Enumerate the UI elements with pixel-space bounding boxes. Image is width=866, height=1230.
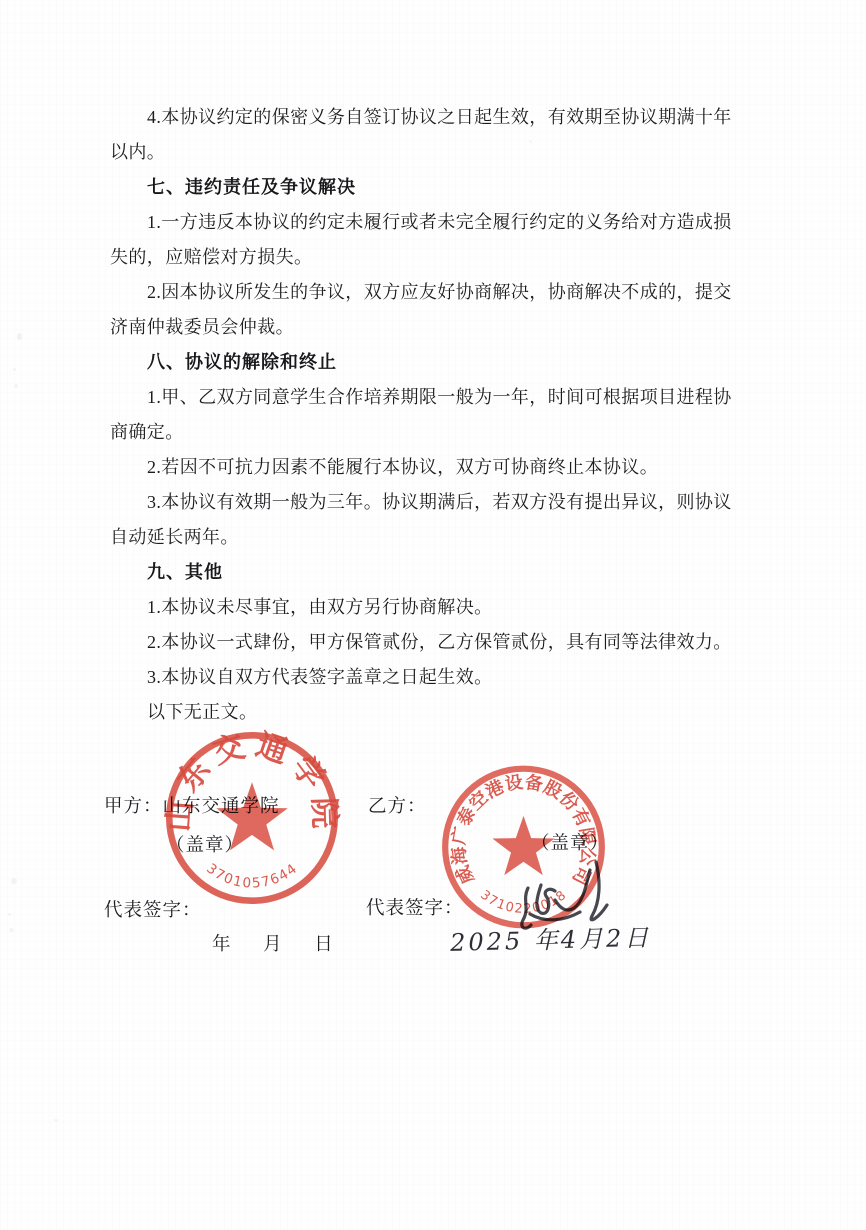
body-text-line: 2.本协议一式肆份，甲方保管贰份，乙方保管贰份，具有同等法律效力。 bbox=[110, 625, 730, 660]
handwritten-signature-b bbox=[500, 850, 630, 945]
body-text-line: 2.若因不可抗力因素不能履行本协议，双方可协商终止本协议。 bbox=[110, 450, 730, 485]
body-text-line: 2.因本协议所发生的争议，双方应友好协商解决，协商解决不成的，提交 bbox=[110, 275, 730, 310]
body-text-line: 济南仲裁委员会仲裁。 bbox=[110, 310, 730, 345]
section-heading: 七、违约责任及争议解决 bbox=[110, 170, 730, 205]
scan-speck bbox=[11, 878, 17, 884]
body-text-line: 3.本协议有效期一般为三年。协议期满后，若双方没有提出异议，则协议 bbox=[110, 485, 730, 520]
body-text-line: 商确定。 bbox=[110, 415, 730, 450]
scan-speck bbox=[13, 368, 16, 371]
body-text-line: 3.本协议自双方代表签字盖章之日起生效。 bbox=[110, 660, 730, 695]
party-b-label: 乙方： bbox=[368, 792, 427, 818]
body-text-line: 失的，应赔偿对方损失。 bbox=[110, 240, 730, 275]
section-heading: 九、其他 bbox=[110, 555, 730, 590]
document-body: 4.本协议约定的保密义务自签订协议之日起生效，有效期至协议期满十年以内。七、违约… bbox=[110, 100, 730, 730]
scan-speck bbox=[529, 140, 532, 143]
scan-speck bbox=[17, 333, 22, 340]
scanned-agreement-page: 4.本协议约定的保密义务自签订协议之日起生效，有效期至协议期满十年以内。七、违约… bbox=[0, 0, 866, 1230]
body-text-line: 1.甲、乙双方同意学生合作培养期限一般为一年，时间可根据项目进程协 bbox=[110, 380, 730, 415]
scan-speck bbox=[54, 1119, 58, 1122]
body-text-line: 自动延长两年。 bbox=[110, 520, 730, 555]
body-text-line: 1.本协议未尽事宜，由双方另行协商解决。 bbox=[110, 590, 730, 625]
official-seal-party-a: 山东交通学院 3701057644423 bbox=[158, 720, 346, 916]
body-text-line: 1.一方违反本协议的约定未履行或者未完全履行约定的义务给对方造成损 bbox=[110, 205, 730, 240]
section-heading: 八、协议的解除和终止 bbox=[110, 345, 730, 380]
seal-a-star-icon bbox=[216, 782, 287, 850]
body-text-line: 以内。 bbox=[110, 135, 730, 170]
scan-speck bbox=[9, 928, 14, 932]
scan-speck bbox=[8, 913, 11, 916]
body-text-line: 4.本协议约定的保密义务自签订协议之日起生效，有效期至协议期满十年 bbox=[110, 100, 730, 135]
scan-speck bbox=[14, 384, 18, 388]
date-blank-a: 年 月 日 bbox=[212, 930, 334, 956]
